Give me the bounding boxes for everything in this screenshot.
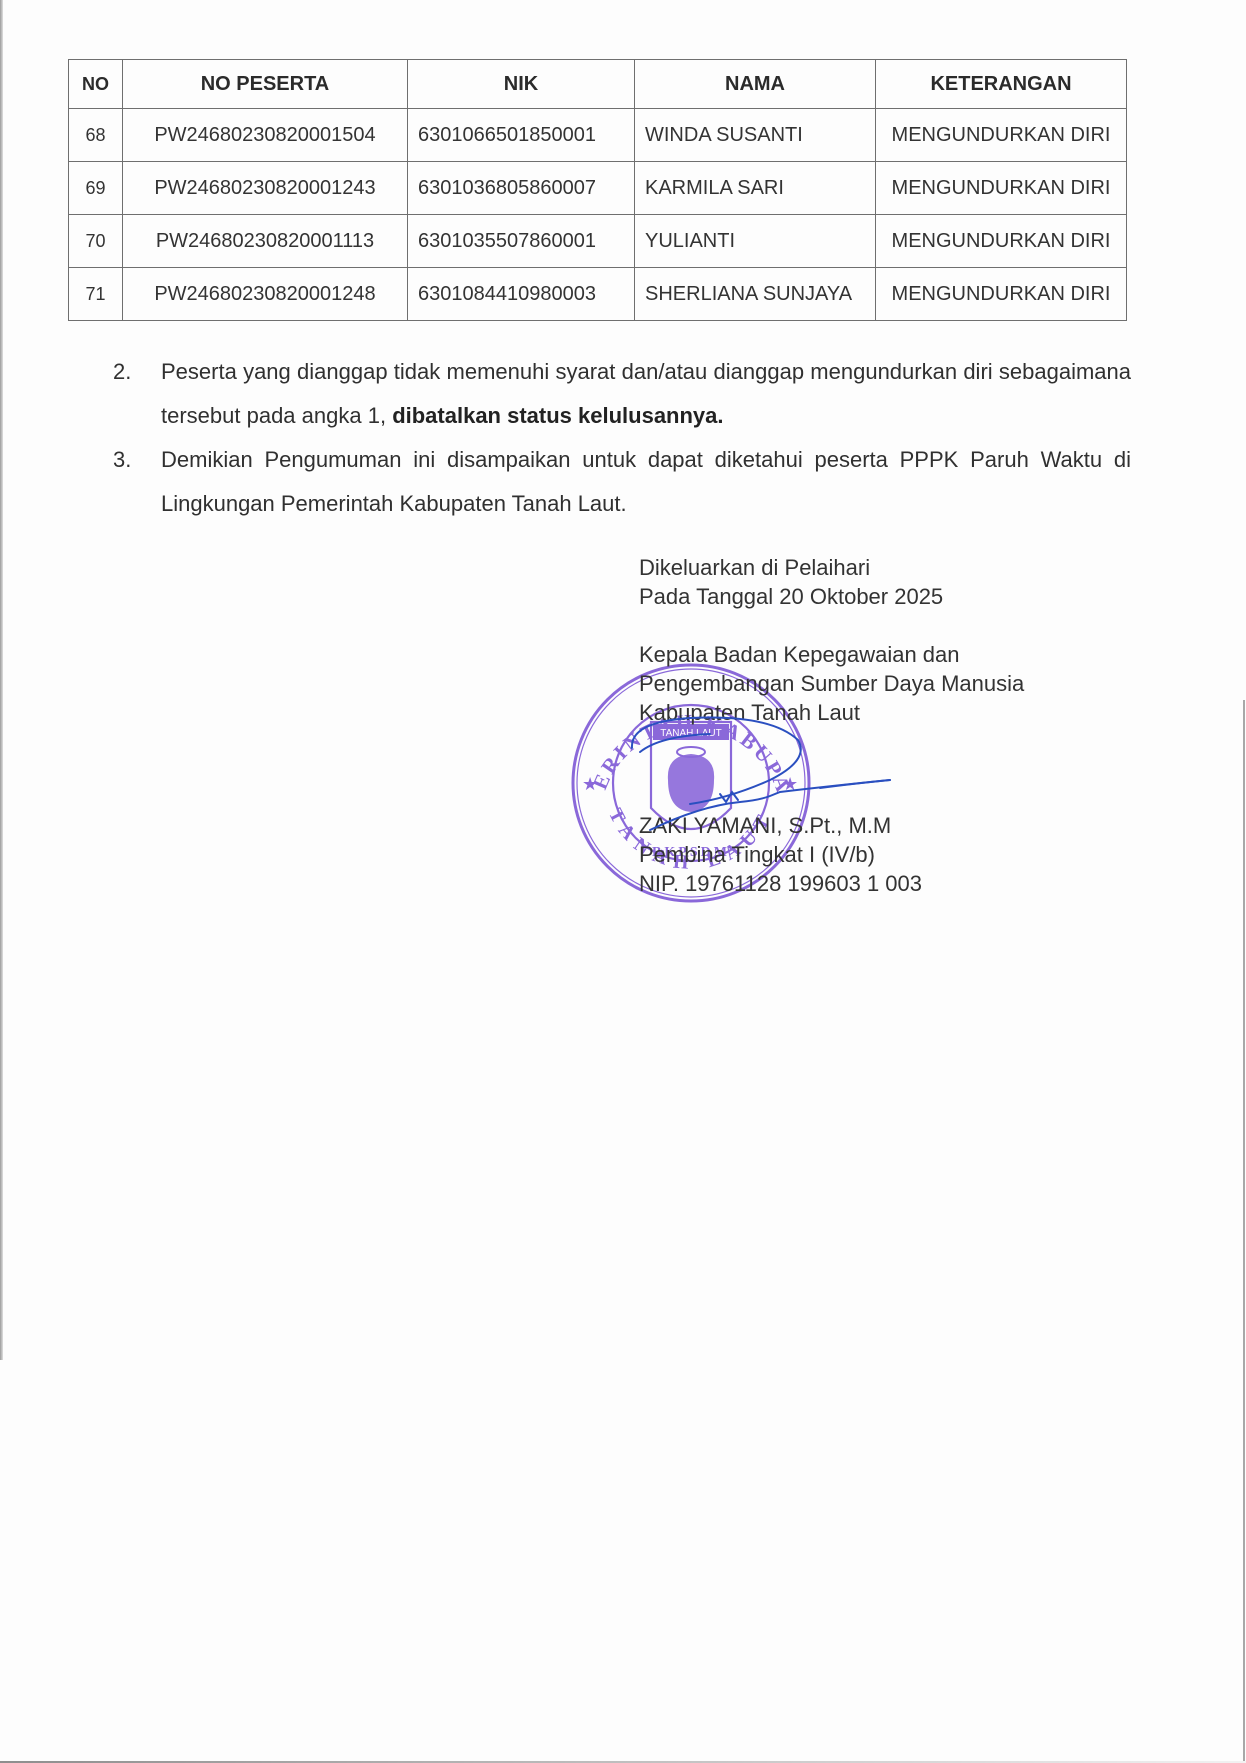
cell-no-peserta: PW24680230820001243 [123,162,408,215]
handwritten-signature [620,700,900,840]
participant-table: NO NO PESERTA NIK NAMA KETERANGAN 68 PW2… [68,59,1127,321]
table-row: 69 PW24680230820001243 6301036805860007 … [69,162,1127,215]
point-3: 3. Demikian Pengumuman ini disampaikan u… [113,438,1131,526]
cell-nama: YULIANTI [635,215,876,268]
cell-no: 69 [69,162,123,215]
position-line-2: Pengembangan Sumber Daya Manusia [639,669,1139,698]
issued-place: Dikeluarkan di Pelaihari [639,553,1139,582]
cell-nik: 6301066501850001 [408,109,635,162]
cell-nama: KARMILA SARI [635,162,876,215]
point-number: 3. [113,438,161,526]
announcement-points: 2. Peserta yang dianggap tidak memenuhi … [113,350,1131,526]
point-number: 2. [113,350,161,438]
cell-no: 71 [69,268,123,321]
scan-edge-right [1243,700,1245,1763]
header-no: NO [69,60,123,109]
cell-no-peserta: PW24680230820001504 [123,109,408,162]
scan-edge-left [0,0,3,1360]
cell-no-peserta: PW24680230820001113 [123,215,408,268]
cell-no-peserta: PW24680230820001248 [123,268,408,321]
header-no-peserta: NO PESERTA [123,60,408,109]
cell-nik: 6301036805860007 [408,162,635,215]
issued-date: Pada Tanggal 20 Oktober 2025 [639,582,1139,611]
keterangan-text: MENGUNDURKAN DIRI [886,282,1116,306]
table-row: 71 PW24680230820001248 6301084410980003 … [69,268,1127,321]
header-keterangan: KETERANGAN [876,60,1127,109]
point-bold-text: dibatalkan status kelulusannya. [392,403,723,428]
header-nik: NIK [408,60,635,109]
signatory-rank: Pembina Tingkat I (IV/b) [639,840,1139,869]
cell-nama: SHERLIANA SUNJAYA [635,268,876,321]
keterangan-text: MENGUNDURKAN DIRI [886,229,1116,253]
point-2: 2. Peserta yang dianggap tidak memenuhi … [113,350,1131,438]
cell-no: 70 [69,215,123,268]
keterangan-text: MENGUNDURKAN DIRI [886,176,1116,200]
table-row: 70 PW24680230820001113 6301035507860001 … [69,215,1127,268]
cell-keterangan: MENGUNDURKAN DIRI [876,162,1127,215]
keterangan-text: MENGUNDURKAN DIRI [886,123,1116,147]
cell-keterangan: MENGUNDURKAN DIRI [876,109,1127,162]
cell-nik: 6301084410980003 [408,268,635,321]
signatory-nip: NIP. 19761128 199603 1 003 [639,869,1139,898]
table-row: 68 PW24680230820001504 6301066501850001 … [69,109,1127,162]
point-body: Demikian Pengumuman ini disampaikan untu… [161,447,1131,516]
table-header-row: NO NO PESERTA NIK NAMA KETERANGAN [69,60,1127,109]
cell-keterangan: MENGUNDURKAN DIRI [876,215,1127,268]
point-text: Peserta yang dianggap tidak memenuhi sya… [161,350,1131,438]
cell-nama: WINDA SUSANTI [635,109,876,162]
cell-keterangan: MENGUNDURKAN DIRI [876,268,1127,321]
position-line-1: Kepala Badan Kepegawaian dan [639,640,1139,669]
svg-text:★: ★ [582,774,598,794]
cell-nik: 6301035507860001 [408,215,635,268]
point-text: Demikian Pengumuman ini disampaikan untu… [161,438,1131,526]
cell-no: 68 [69,109,123,162]
header-nama: NAMA [635,60,876,109]
